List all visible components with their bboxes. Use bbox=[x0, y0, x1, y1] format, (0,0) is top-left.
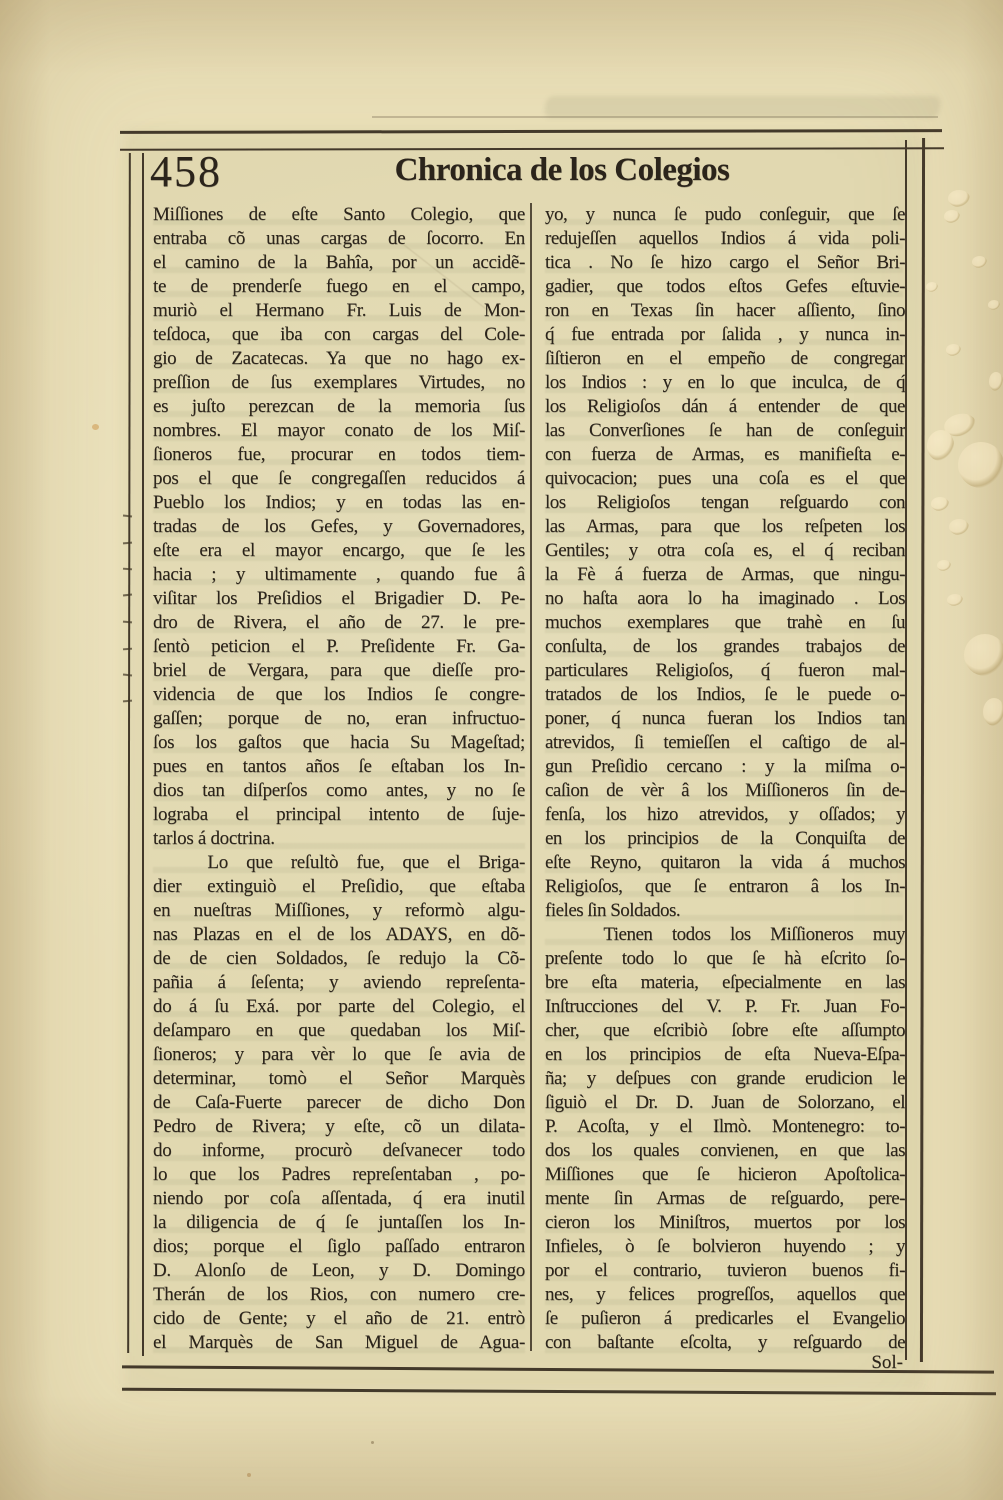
text-line: ſiſtieron en el empeño de congregar bbox=[545, 347, 905, 371]
wax-stain bbox=[946, 344, 961, 356]
text-line: determinar, tomò el Señor Marquès bbox=[153, 1067, 525, 1091]
wax-stain bbox=[931, 497, 949, 511]
text-line: nes, y felices progreſſos, aquellos que bbox=[545, 1283, 905, 1307]
text-line: lograba el principal intento de ſuje- bbox=[153, 803, 525, 827]
text-line: pañia á ſeſenta; y aviendo repreſenta- bbox=[153, 971, 525, 995]
text-column-left: Miſſiones de eſte Santo Colegio, queentr… bbox=[153, 203, 525, 1355]
text-line: nas Plazas en el de los ADAYS, en dõ- bbox=[153, 923, 525, 947]
text-line: lo que los Padres repreſentaban , po- bbox=[153, 1163, 525, 1187]
wax-stain bbox=[983, 698, 1003, 726]
wax-stain bbox=[989, 372, 1003, 391]
text-line: Infieles, ò ſe bolvieron huyendo ; y bbox=[545, 1235, 905, 1259]
wax-stain bbox=[947, 594, 963, 606]
text-line: muchos exemplares que trahè en ſu bbox=[545, 611, 905, 635]
text-line: gun Preſidio cercano : y la miſma o- bbox=[545, 755, 905, 779]
text-line: pos el que ſe congregaſſen reducidos á bbox=[153, 467, 525, 491]
text-line: nombres. El mayor conato de los Miſ- bbox=[153, 419, 525, 443]
text-line: gadier, que todos eſtos Gefes eſtuvie- bbox=[545, 275, 905, 299]
text-line: Miſſiones que ſe hicieron Apoſtolica- bbox=[545, 1163, 905, 1187]
text-line: redujeſſen aquellos Indios á vida poli- bbox=[545, 227, 905, 251]
foxing-speck bbox=[92, 424, 99, 430]
text-line: no haſta aora lo ha imaginado . Los bbox=[545, 587, 905, 611]
text-line: tradas de los Gefes, y Governadores, bbox=[153, 515, 525, 539]
text-line: viſitar los Preſidios el Brigadier D. Pe… bbox=[153, 587, 525, 611]
wax-stain bbox=[926, 282, 938, 292]
column-divider-rule bbox=[530, 203, 532, 1351]
text-line: gaſſen; porque de no, eran infructuo- bbox=[153, 707, 525, 731]
wax-stain bbox=[988, 300, 1000, 310]
text-line: eſte era el mayor encargo, que ſe les bbox=[153, 539, 525, 563]
catchword: Sol- bbox=[545, 1352, 903, 1374]
text-line: bre eſta materia, eſpecialmente en las bbox=[545, 971, 905, 995]
text-line: dos los quales convienen, en que las bbox=[545, 1139, 905, 1163]
text-line: caſion de vèr â los Miſſioneros ſin de- bbox=[545, 779, 905, 803]
text-line: q́ fue entrada por ſalida , y nunca in- bbox=[545, 323, 905, 347]
text-line: poner, q́ nunca fueran los Indios tan bbox=[545, 707, 905, 731]
text-line: dier extinguiò el Preſidio, que eſtaba bbox=[153, 875, 525, 899]
text-line: pues en tantos años ſe eſtaban los In- bbox=[153, 755, 525, 779]
text-line: conſulta, de los grandes trabajos de bbox=[545, 635, 905, 659]
text-line: es juſto perezcan de la memoria ſus bbox=[153, 395, 525, 419]
text-line: dro de Rivera, el año de 27. le pre- bbox=[153, 611, 525, 635]
text-line: en los principios de eſta Nueva-Eſpa- bbox=[545, 1043, 905, 1067]
right-border-rule-inner bbox=[905, 140, 907, 1360]
text-line: el Marquès de San Miguel de Agua- bbox=[153, 1331, 525, 1355]
scanned-book-page: 458 Chronica de los Colegios Miſſiones d… bbox=[0, 0, 1003, 1500]
page-number: 458 bbox=[150, 146, 222, 197]
text-line: do á ſu Exá. por parte del Colegio, el bbox=[153, 995, 525, 1019]
text-line: los Indios : y en lo que inculca, de q́ bbox=[545, 371, 905, 395]
text-line: yo, y nunca ſe pudo conſeguir, que ſe bbox=[545, 203, 905, 227]
text-line: mente ſin Armas de reſguardo, pere- bbox=[545, 1187, 905, 1211]
text-line: preſente todo lo que ſe hà eſcrito ſo- bbox=[545, 947, 905, 971]
text-line: por el contrario, tuvieron buenos fi- bbox=[545, 1259, 905, 1283]
text-line: el camino de la Bahîa, por un accidẽ- bbox=[153, 251, 525, 275]
text-line: te de prenderſe fuego en el campo, bbox=[153, 275, 525, 299]
text-line: preſſion de ſus exemplares Virtudes, no bbox=[153, 371, 525, 395]
text-line: do informe, procurò deſvanecer todo bbox=[153, 1139, 525, 1163]
text-line: con fuerza de Armas, es manifieſta e- bbox=[545, 443, 905, 467]
wax-stain bbox=[948, 190, 970, 207]
foxing-speck bbox=[371, 1441, 374, 1444]
text-line: muriò el Hermano Fr. Luis de Mon- bbox=[153, 299, 525, 323]
text-line: ſe puſieron á predicarles el Evangelio bbox=[545, 1307, 905, 1331]
text-line: Pueblo los Indios; y en todas las en- bbox=[153, 491, 525, 515]
text-line: briel de Vergara, para que dieſſe pro- bbox=[153, 659, 525, 683]
text-line: ſentò peticion el P. Preſidente Fr. Ga- bbox=[153, 635, 525, 659]
text-line: Lo que reſultò fue, que el Briga- bbox=[153, 851, 525, 875]
text-line: entraba cõ unas cargas de ſocorro. En bbox=[153, 227, 525, 251]
text-line: deſamparo en que quedaban los Miſ- bbox=[153, 1019, 525, 1043]
text-line: los Religioſos tengan reſguardo con bbox=[545, 491, 905, 515]
text-line: dios tan diſperſos como antes, y no ſe bbox=[153, 779, 525, 803]
text-line: D. Alonſo de Leon, y D. Domingo bbox=[153, 1259, 525, 1283]
text-line: ſos los gaſtos que hacia Su Mageſtad; bbox=[153, 731, 525, 755]
text-line: las Converſiones ſe han de conſeguir bbox=[545, 419, 905, 443]
verso-showthrough-header bbox=[543, 96, 941, 118]
text-line: cieron los Miniſtros, muertos por los bbox=[545, 1211, 905, 1235]
text-line: gio de Zacatecas. Ya que no hago ex- bbox=[153, 347, 525, 371]
wax-stain bbox=[972, 256, 987, 268]
text-line: tica . No ſe hizo cargo el Señor Bri- bbox=[545, 251, 905, 275]
text-line: de Caſa-Fuerte parecer de dicho Don bbox=[153, 1091, 525, 1115]
text-line: en nueſtras Miſſiones, y reformò algu- bbox=[153, 899, 525, 923]
text-line: la Fè á fuerza de Armas, que ningu- bbox=[545, 563, 905, 587]
top-rule-faint bbox=[372, 116, 938, 118]
text-line: tratados de los Indios, ſe le puede o- bbox=[545, 683, 905, 707]
wax-stain bbox=[958, 442, 1003, 488]
text-line: ſioneros; y para vèr lo que ſe avia de bbox=[153, 1043, 525, 1067]
left-border-rule-inner bbox=[142, 153, 144, 1356]
text-line: Therán de los Rios, con numero cre- bbox=[153, 1283, 525, 1307]
text-line: ron en Texas ſin hacer aſſiento, ſino bbox=[545, 299, 905, 323]
text-line: fenſa, los hizo atrevidos, y oſſados; y bbox=[545, 803, 905, 827]
text-line: Tienen todos los Miſſioneros muy bbox=[545, 923, 905, 947]
text-line: los Religioſos dán á entender de que bbox=[545, 395, 905, 419]
text-line: ña; y deſpues con grande erudicion le bbox=[545, 1067, 905, 1091]
text-line: cido de Gente; y el año de 21. entrò bbox=[153, 1307, 525, 1331]
text-line: particulares Religioſos, q́ fueron mal- bbox=[545, 659, 905, 683]
text-line: Gentiles; y otra coſa es, el q́ reciban bbox=[545, 539, 905, 563]
text-line: atrevidos, ſi temieſſen el caſtigo de al… bbox=[545, 731, 905, 755]
text-line: Pedro de Rivera; y eſte, cõ un dilata- bbox=[153, 1115, 525, 1139]
text-line: teſdoca, que iba con cargas del Cole- bbox=[153, 323, 525, 347]
text-line: de de cien Soldados, ſe redujo la Cõ- bbox=[153, 947, 525, 971]
wax-stain bbox=[949, 519, 969, 535]
wax-stain bbox=[944, 210, 960, 223]
wax-stain bbox=[937, 560, 951, 571]
text-line: videncia de que los Indios ſe congre- bbox=[153, 683, 525, 707]
text-line: dios; porque el ſiglo paſſado entraron bbox=[153, 1235, 525, 1259]
running-title: Chronica de los Colegios bbox=[342, 152, 782, 189]
text-line: cher, que eſcribiò ſobre eſte aſſumpto bbox=[545, 1019, 905, 1043]
text-line: quivocacion; pues una coſa es el que bbox=[545, 467, 905, 491]
text-line: la diligencia de q́ ſe juntaſſen los In- bbox=[153, 1211, 525, 1235]
text-line: eſte Reyno, quitaron la vida á muchos bbox=[545, 851, 905, 875]
wax-stain bbox=[964, 634, 1003, 676]
text-column-right: yo, y nunca ſe pudo conſeguir, que ſered… bbox=[545, 203, 905, 1355]
text-line: P. Acoſta, y el Ilmò. Montenegro: to- bbox=[545, 1115, 905, 1139]
text-line: fieles ſin Soldados. bbox=[545, 899, 905, 923]
text-line: en los principios de la Conquiſta de bbox=[545, 827, 905, 851]
text-line: las Armas, para que los reſpeten los bbox=[545, 515, 905, 539]
text-line: niendo por coſa aſſentada, q́ era inutil bbox=[153, 1187, 525, 1211]
text-line: Miſſiones de eſte Santo Colegio, que bbox=[153, 203, 525, 227]
foxing-speck bbox=[247, 1473, 251, 1477]
text-line: Inſtrucciones del V. P. Fr. Juan Fo- bbox=[545, 995, 905, 1019]
text-line: hacia ; y ultimamente , quando fue â bbox=[153, 563, 525, 587]
text-line: Religioſos, que ſe entraron â los In- bbox=[545, 875, 905, 899]
text-line: tarlos á doctrina. bbox=[153, 827, 525, 851]
text-line: ſiguiò el Dr. D. Juan de Solorzano, el bbox=[545, 1091, 905, 1115]
text-line: ſioneros fue, procurar en todos tiem- bbox=[153, 443, 525, 467]
